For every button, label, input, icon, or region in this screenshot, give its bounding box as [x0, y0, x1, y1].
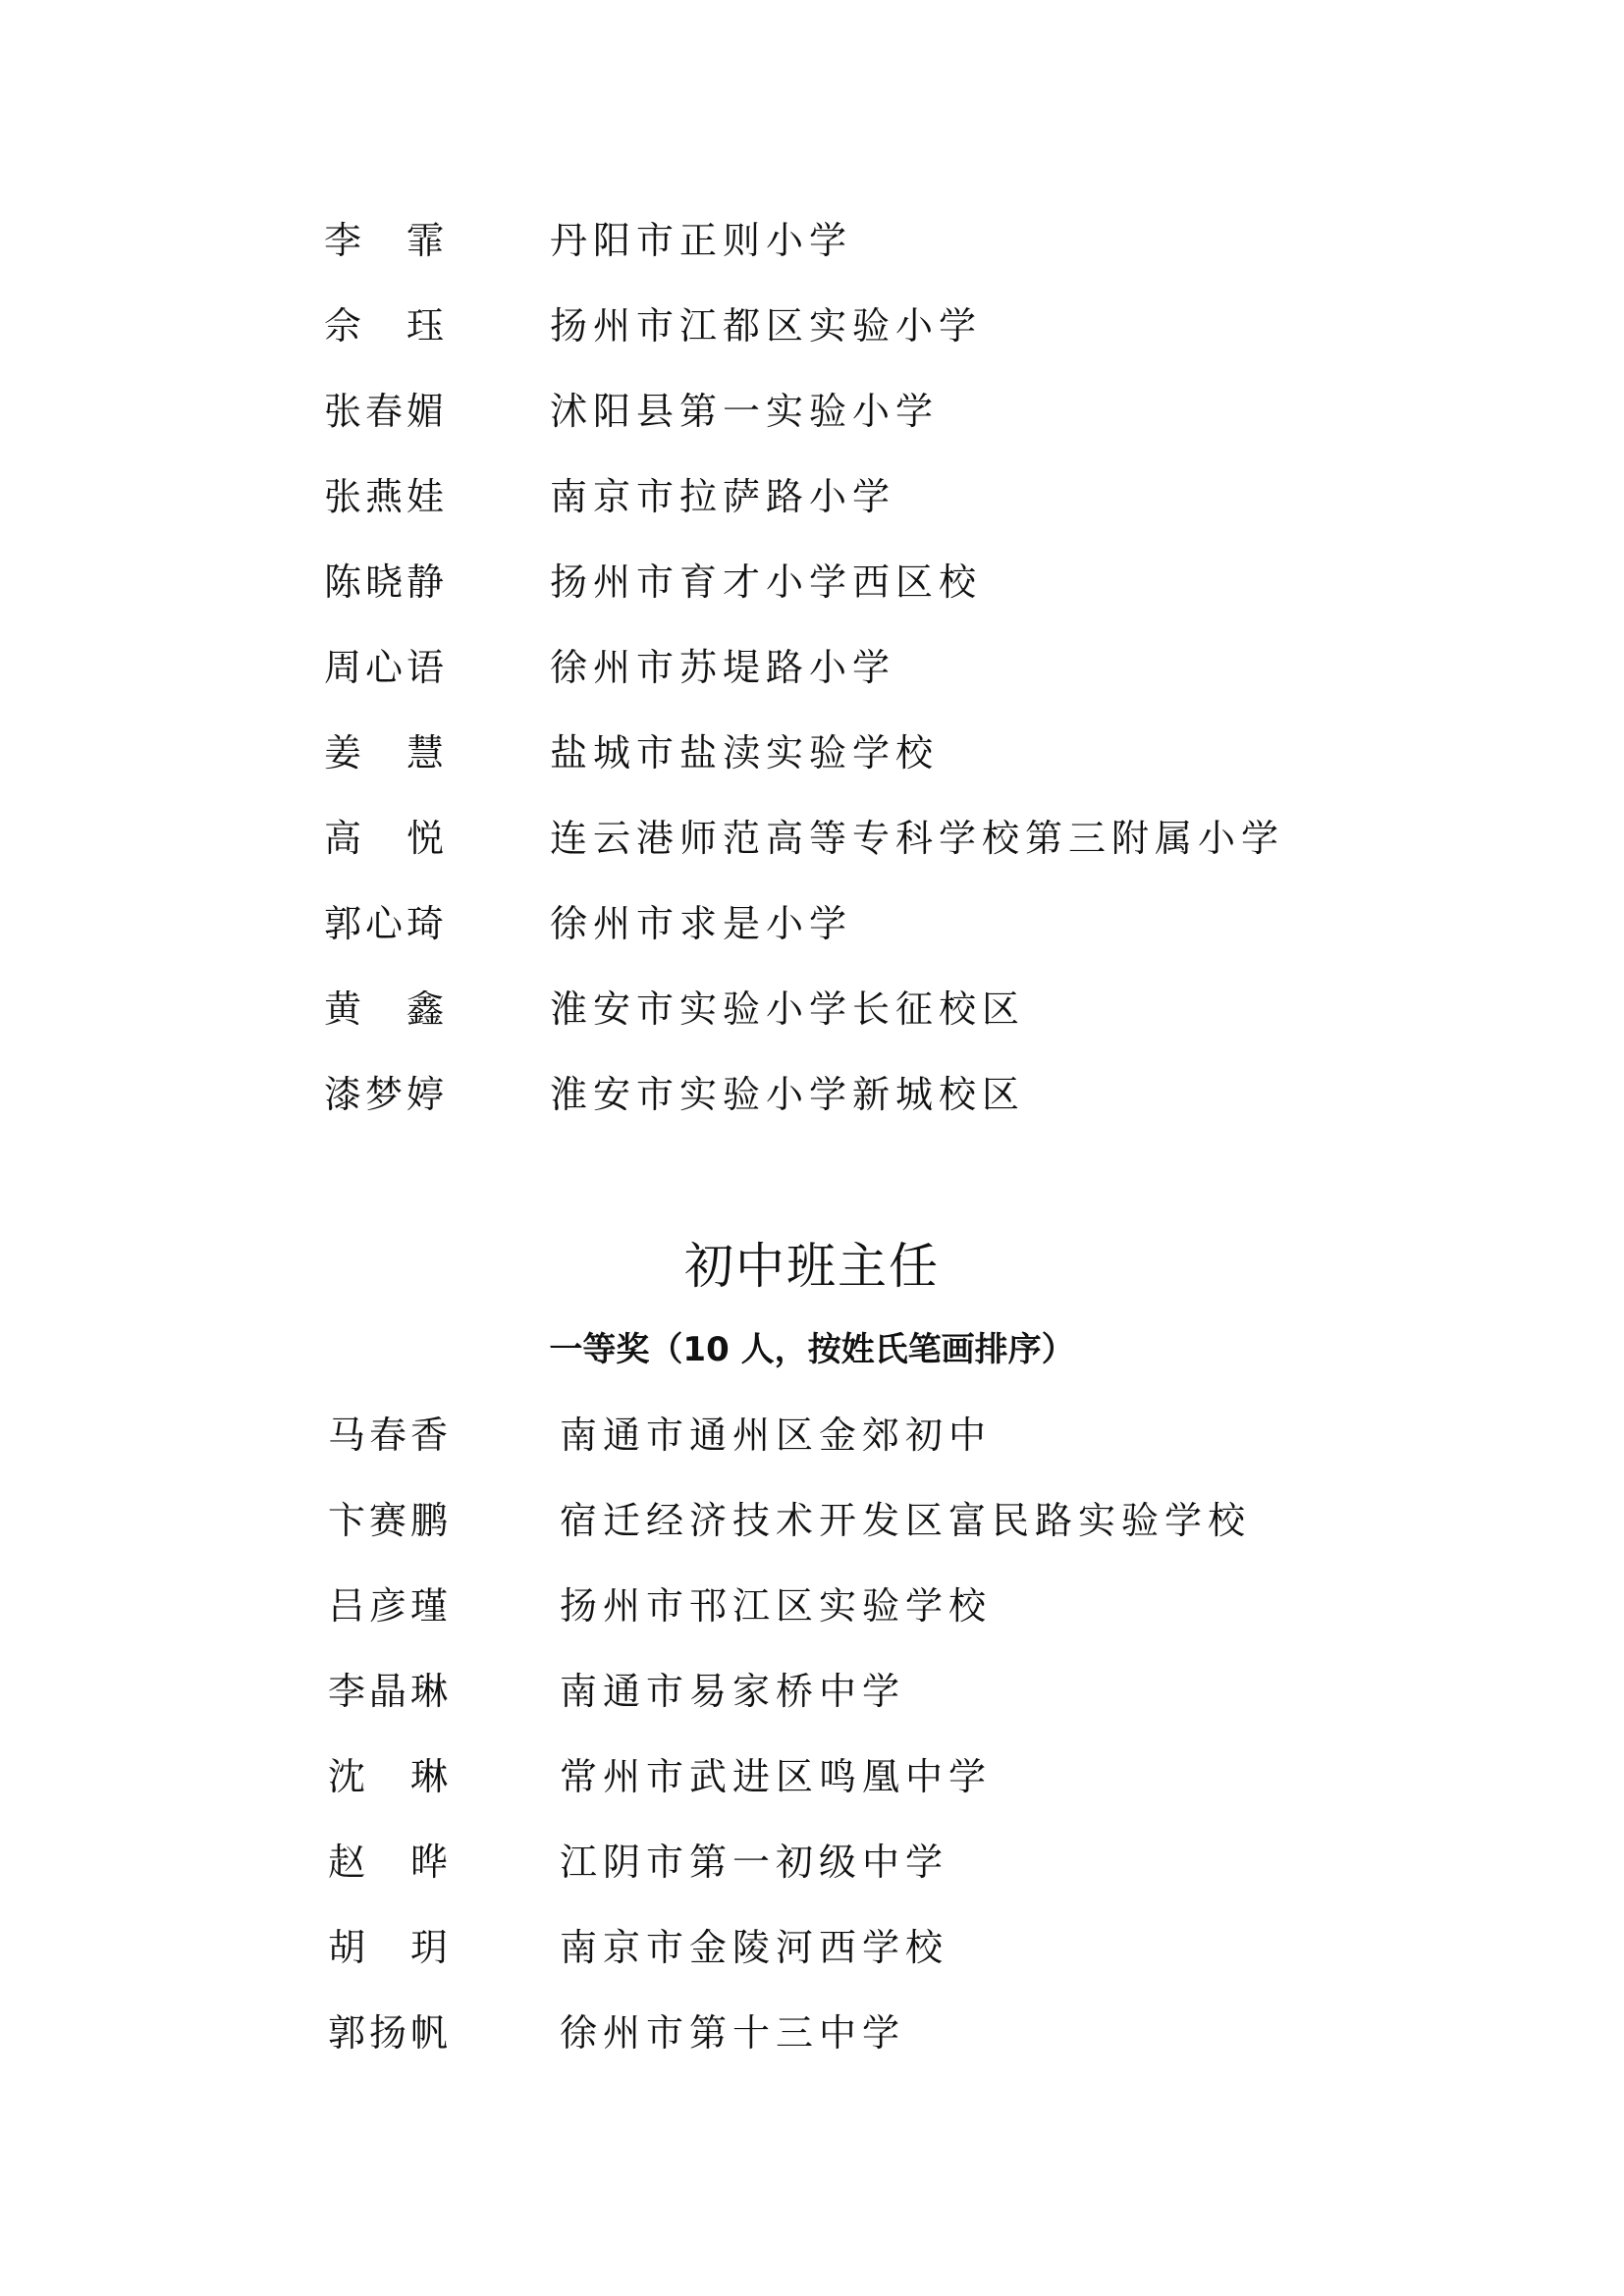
winner-name: 姜 慧 [324, 723, 448, 782]
winner-name: 卞赛鹏 [328, 1491, 452, 1550]
school-name: 沭阳县第一实验小学 [550, 382, 939, 441]
winner-name: 张燕娃 [324, 467, 448, 526]
winner-name: 吕彦瑾 [328, 1576, 452, 1635]
school-name: 南京市金陵河西学校 [560, 1918, 948, 1977]
school-name: 扬州市育才小学西区校 [550, 553, 982, 612]
school-name: 扬州市江都区实验小学 [550, 296, 982, 355]
school-name: 扬州市邗江区实验学校 [560, 1576, 992, 1635]
school-name: 徐州市求是小学 [550, 894, 852, 953]
winner-name: 黄 鑫 [324, 980, 448, 1039]
school-name: 丹阳市正则小学 [550, 211, 852, 270]
school-name: 常州市武进区鸣凰中学 [560, 1747, 992, 1806]
school-name: 盐城市盐渎实验学校 [550, 723, 939, 782]
school-name: 徐州市苏堤路小学 [550, 638, 895, 697]
winner-name: 郭心琦 [324, 894, 448, 953]
winner-name: 沈 琳 [328, 1747, 452, 1806]
winner-name: 胡 玥 [328, 1918, 452, 1977]
school-name: 南京市拉萨路小学 [550, 467, 895, 526]
winner-name: 赵 晔 [328, 1833, 452, 1892]
winner-name: 张春媚 [324, 382, 448, 441]
school-name: 宿迁经济技术开发区富民路实验学校 [560, 1491, 1251, 1550]
section-title: 初中班主任 [0, 1235, 1624, 1298]
school-name: 徐州市第十三中学 [560, 2003, 905, 2062]
winner-name: 李晶琳 [328, 1662, 452, 1721]
winner-name: 郭扬帆 [328, 2003, 452, 2062]
winner-name: 马春香 [328, 1406, 452, 1465]
winner-name: 高 悦 [324, 809, 448, 868]
school-name: 淮安市实验小学新城校区 [550, 1065, 1025, 1124]
school-name: 连云港师范高等专科学校第三附属小学 [550, 809, 1284, 868]
school-name: 南通市易家桥中学 [560, 1662, 905, 1721]
school-name: 淮安市实验小学长征校区 [550, 980, 1025, 1039]
school-name: 南通市通州区金郊初中 [560, 1406, 992, 1465]
school-name: 江阴市第一初级中学 [560, 1833, 948, 1892]
section-subtitle: 一等奖（10 人，按姓氏笔画排序） [0, 1325, 1624, 1374]
winner-name: 漆梦婷 [324, 1065, 448, 1124]
winner-name: 陈晓静 [324, 553, 448, 612]
winner-name: 周心语 [324, 638, 448, 697]
winner-name: 李 霏 [324, 211, 448, 270]
winner-name: 佘 珏 [324, 296, 448, 355]
